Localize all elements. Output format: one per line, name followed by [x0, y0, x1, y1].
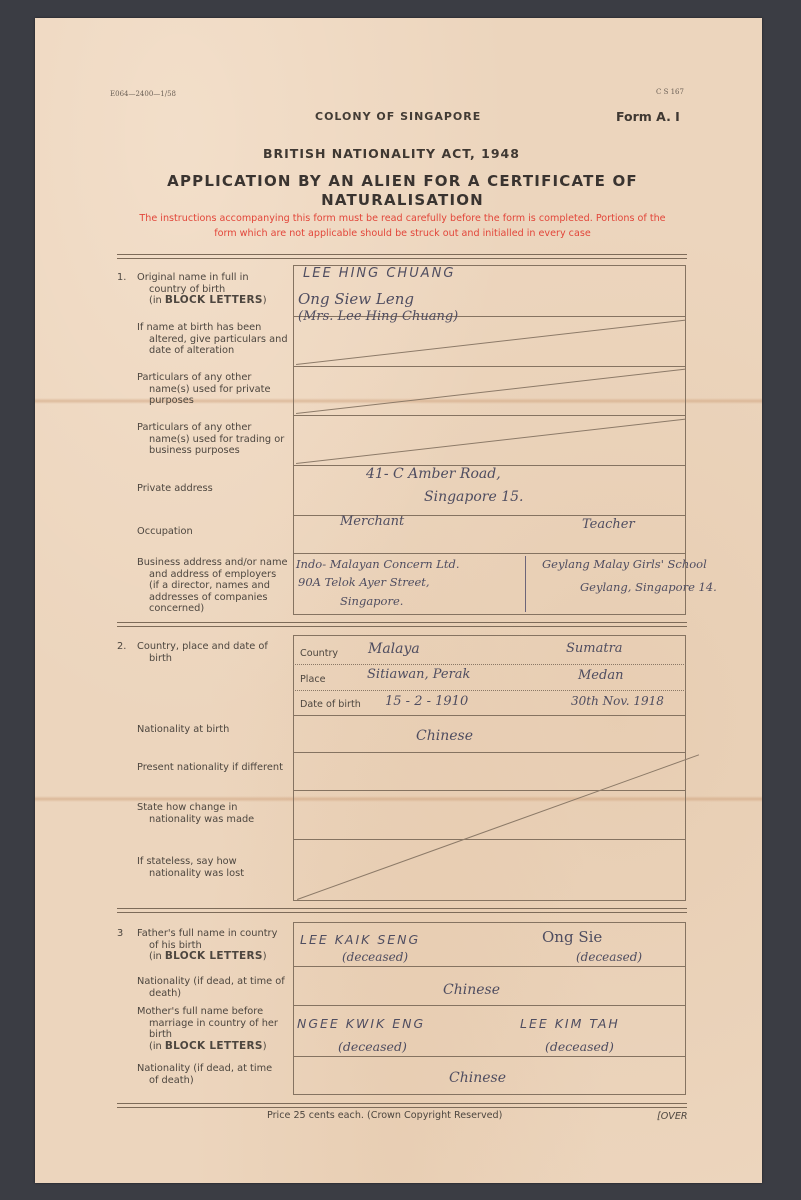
mother-husband-value[interactable]: NGEE KWIK ENG — [297, 1016, 425, 1031]
hand-divider — [525, 556, 526, 612]
place-wife-value[interactable]: Medan — [578, 668, 623, 683]
mother-wife-note[interactable]: (deceased) — [545, 1039, 614, 1054]
dotted-row-line — [293, 664, 686, 665]
label-nationality-birth: Nationality at birth — [137, 724, 229, 736]
label-line: name(s) used for trading or — [137, 434, 289, 446]
label-occupation: Occupation — [137, 526, 193, 538]
label-country: Country — [300, 648, 338, 659]
label-line: purposes — [137, 395, 289, 407]
father-wife-note[interactable]: (deceased) — [576, 950, 642, 964]
father-husband-note[interactable]: (deceased) — [342, 950, 408, 964]
form-code: C S 167 — [656, 88, 684, 96]
wife-name-value[interactable]: Ong Siew Leng — [298, 290, 414, 308]
label-line: (in BLOCK LETTERS) — [117, 295, 289, 307]
section-number: 1. — [117, 272, 126, 284]
occupation-wife-value[interactable]: Teacher — [582, 517, 635, 532]
label-original-name: 1. Original name in full in country of b… — [117, 272, 289, 307]
country-husband-value[interactable]: Malaya — [368, 641, 420, 657]
label-father-name: 3 Father's full name in country of his b… — [117, 928, 289, 963]
act-heading: BRITISH NATIONALITY ACT, 1948 — [263, 146, 520, 161]
label-line: nationality was lost — [137, 868, 289, 880]
label-line: marriage in country of her — [137, 1018, 289, 1030]
print-number: E064—2400—1/58 — [110, 90, 176, 98]
address-line2-value[interactable]: Singapore 15. — [424, 489, 523, 505]
label-name-altered: If name at birth has been altered, give … — [137, 322, 289, 357]
business-husband-line1[interactable]: Indo- Malayan Concern Ltd. — [296, 557, 460, 571]
mother-nationality-value[interactable]: Chinese — [449, 1070, 506, 1086]
label-mother-nationality: Nationality (if dead, at time of death) — [137, 1063, 289, 1086]
label-line: Particulars of any other — [137, 372, 289, 384]
section-divider — [117, 254, 687, 259]
label-date-of-birth: Date of birth — [300, 699, 361, 710]
nationality-birth-value[interactable]: Chinese — [416, 728, 473, 744]
row-line — [293, 752, 686, 753]
label-place: Place — [300, 674, 326, 685]
row-line — [293, 614, 686, 615]
label-line: concerned) — [137, 603, 289, 615]
table-border — [293, 635, 294, 900]
label-line: addresses of companies — [137, 592, 289, 604]
label-line: Original name in full in — [117, 272, 289, 284]
footer-divider — [117, 1103, 687, 1108]
label-line: nationality was made — [137, 814, 289, 826]
label-change-nationality: State how change in nationality was made — [137, 802, 289, 825]
row-line — [293, 553, 686, 554]
row-line — [293, 790, 686, 791]
mother-wife-value[interactable]: LEE KIM TAH — [520, 1016, 620, 1031]
dotted-row-line — [293, 690, 686, 691]
label-line: Mother's full name before — [137, 1006, 289, 1018]
label-private-names: Particulars of any other name(s) used fo… — [137, 372, 289, 407]
form-id: Form A. I — [616, 109, 680, 124]
business-wife-line2[interactable]: Geylang, Singapore 14. — [580, 580, 717, 594]
label-mother-name: Mother's full name before marriage in co… — [137, 1006, 289, 1052]
label-line: Particulars of any other — [137, 422, 289, 434]
row-line — [293, 900, 686, 901]
label-present-nationality: Present nationality if different — [137, 762, 283, 774]
label-line: birth — [117, 653, 289, 665]
dob-wife-value[interactable]: 30th Nov. 1918 — [571, 694, 664, 708]
label-line: altered, give particulars and — [137, 334, 289, 346]
label-line: If stateless, say how — [137, 856, 289, 868]
label-line: business purposes — [137, 445, 289, 457]
label-line: If name at birth has been — [137, 322, 289, 334]
price-note: Price 25 cents each. (Crown Copyright Re… — [267, 1110, 502, 1121]
mother-husband-note[interactable]: (deceased) — [338, 1039, 407, 1054]
label-line: (in BLOCK LETTERS) — [137, 1041, 289, 1053]
row-line — [293, 966, 686, 967]
label-private-address: Private address — [137, 483, 213, 495]
instructions-line2: form which are not applicable should be … — [100, 226, 705, 241]
country-wife-value[interactable]: Sumatra — [566, 641, 623, 656]
row-line — [293, 1094, 686, 1095]
label-father-nationality: Nationality (if dead, at time of death) — [137, 976, 289, 999]
occupation-husband-value[interactable]: Merchant — [340, 514, 404, 529]
section-divider — [117, 908, 687, 913]
instructions-line1: The instructions accompanying this form … — [100, 211, 705, 226]
label-line: State how change in — [137, 802, 289, 814]
form-title-line2: NATURALISATION — [100, 191, 705, 209]
place-husband-value[interactable]: Sitiawan, Perak — [367, 667, 470, 682]
business-husband-line3[interactable]: Singapore. — [340, 594, 403, 608]
father-nationality-value[interactable]: Chinese — [443, 982, 500, 998]
row-line — [293, 415, 686, 416]
address-line1-value[interactable]: 41- C Amber Road, — [366, 466, 501, 482]
original-name-value[interactable]: LEE HING CHUANG — [303, 266, 455, 281]
label-line: and address of employers — [137, 569, 289, 581]
father-wife-value[interactable]: Ong Sie — [542, 928, 602, 946]
label-trading-names: Particulars of any other name(s) used fo… — [137, 422, 289, 457]
row-line — [293, 366, 686, 367]
label-line: name(s) used for private — [137, 384, 289, 396]
label-line: Nationality (if dead, at time — [137, 1063, 289, 1075]
section-number: 2. — [117, 641, 126, 653]
row-line — [293, 635, 686, 636]
father-husband-value[interactable]: LEE KAIK SENG — [300, 932, 420, 947]
label-birth: 2. Country, place and date of birth — [117, 641, 289, 664]
form-title-line1: APPLICATION BY AN ALIEN FOR A CERTIFICAT… — [100, 172, 705, 190]
table-border — [293, 265, 294, 615]
business-husband-line2[interactable]: 90A Telok Ayer Street, — [298, 575, 430, 589]
label-stateless: If stateless, say how nationality was lo… — [137, 856, 289, 879]
business-wife-line1[interactable]: Geylang Malay Girls' School — [542, 557, 707, 571]
label-line: (in BLOCK LETTERS) — [117, 951, 289, 963]
label-business-address: Business address and/or name and address… — [137, 557, 289, 615]
wife-name-note[interactable]: (Mrs. Lee Hing Chuang) — [298, 309, 458, 324]
label-line: date of alteration — [137, 345, 289, 357]
table-border — [685, 635, 686, 900]
row-line — [293, 922, 686, 923]
instructions-note: The instructions accompanying this form … — [100, 211, 705, 241]
row-line — [293, 1005, 686, 1006]
table-border — [293, 922, 294, 1094]
colony-heading: COLONY OF SINGAPORE — [315, 110, 481, 123]
section-divider — [117, 622, 687, 627]
over-note: [OVER — [657, 1111, 688, 1122]
row-line — [293, 1056, 686, 1057]
label-line: Nationality (if dead, at time of — [137, 976, 289, 988]
dob-husband-value[interactable]: 15 - 2 - 1910 — [385, 694, 468, 709]
label-line: death) — [137, 988, 289, 1000]
label-line: Business address and/or name — [137, 557, 289, 569]
section-number: 3 — [117, 928, 123, 940]
row-line — [293, 839, 686, 840]
table-border — [685, 922, 686, 1094]
label-line: Father's full name in country — [117, 928, 289, 940]
label-line: of death) — [137, 1075, 289, 1087]
label-line: Country, place and date of — [117, 641, 289, 653]
row-line — [293, 715, 686, 716]
label-line: (if a director, names and — [137, 580, 289, 592]
